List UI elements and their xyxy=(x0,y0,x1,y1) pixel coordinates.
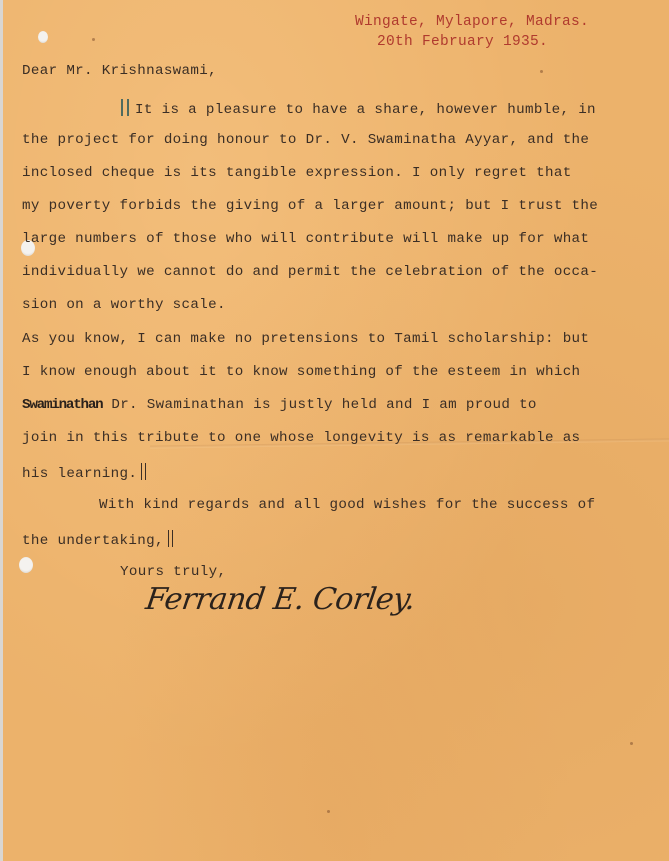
body-line: large numbers of those who will contribu… xyxy=(22,231,589,247)
body-line: my poverty forbids the giving of a large… xyxy=(22,198,598,214)
letterhead: Wingate, Mylapore, Madras. 20th February… xyxy=(355,12,589,52)
punch-hole xyxy=(38,31,48,43)
body-line: I know enough about it to know something… xyxy=(22,364,580,380)
punch-hole xyxy=(19,557,33,573)
body-line: With kind regards and all good wishes fo… xyxy=(99,497,595,513)
stain-spot xyxy=(540,70,543,73)
body-line: inclosed cheque is its tangible expressi… xyxy=(22,165,572,181)
body-line: the undertaking, xyxy=(22,530,173,549)
body-line: sion on a worthy scale. xyxy=(22,297,226,313)
sender-address: Wingate, Mylapore, Madras. xyxy=(355,12,589,32)
body-line: It is a pleasure to have a share, howeve… xyxy=(121,99,596,118)
body-line: individually we cannot do and permit the… xyxy=(22,264,598,280)
salutation: Dear Mr. Krishnaswami, xyxy=(22,63,217,79)
letter-date: 20th February 1935. xyxy=(355,32,589,52)
paragraph-mark-icon xyxy=(141,463,146,480)
letter-page: Wingate, Mylapore, Madras. 20th February… xyxy=(0,0,669,861)
stain-spot xyxy=(630,742,633,745)
page-edge xyxy=(0,0,3,861)
body-line: the project for doing honour to Dr. V. S… xyxy=(22,132,589,148)
body-line: Swaminathan Dr. Swaminathan is justly he… xyxy=(22,397,537,413)
closing: Yours truly, xyxy=(120,564,226,580)
body-line: his learning. xyxy=(22,463,146,482)
struck-out-text: Swaminathan xyxy=(22,397,102,413)
paragraph-mark-icon xyxy=(121,99,129,116)
body-line: As you know, I can make no pretensions t… xyxy=(22,331,589,347)
stain-spot xyxy=(92,38,95,41)
signature: Ferrand E. Corley. xyxy=(144,582,418,617)
stain-spot xyxy=(327,810,330,813)
paragraph-mark-icon xyxy=(168,530,173,547)
body-line: join in this tribute to one whose longev… xyxy=(22,430,580,446)
